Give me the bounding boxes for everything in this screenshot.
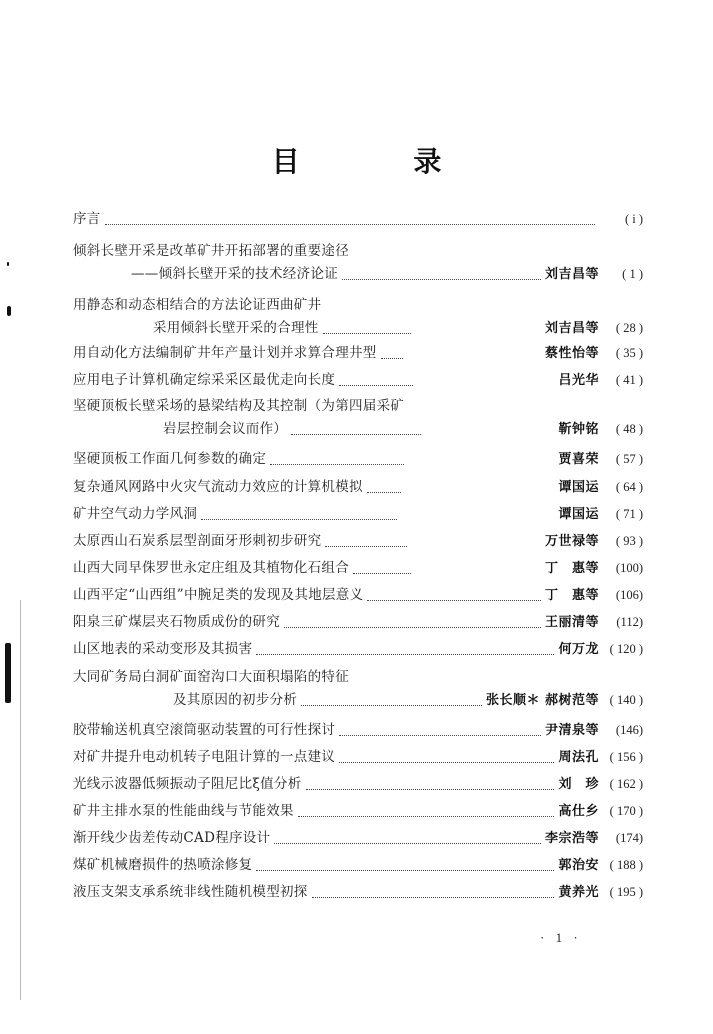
entry-title: 用自动化方法编制矿井年产量计划并求算合理井型 xyxy=(73,344,377,362)
entry-page: ( 188 ) xyxy=(599,856,643,874)
page-title: 目 录 xyxy=(0,140,713,180)
toc-entry[interactable]: 序言 ( i ) xyxy=(73,210,643,228)
dot-leader xyxy=(298,808,555,817)
entry-page: ( 195 ) xyxy=(599,883,643,901)
entry-title: 用静态和动态相结合的方法论证西曲矿井 xyxy=(73,296,321,314)
entry-author: 谭国运 xyxy=(558,506,599,524)
entry-author: 王丽清等 xyxy=(545,614,599,632)
toc-entry[interactable]: 应用电子计算机确定综采采区最优走向长度 吕光华 ( 41 ) xyxy=(73,371,643,389)
entry-title: 山西平定“山西组”中腕足类的发现及其地层意义 xyxy=(73,586,363,604)
toc-entry[interactable]: 山区地表的采动变形及其损害 何万龙 ( 120 ) xyxy=(73,640,643,658)
entry-author: 高仕乡 xyxy=(558,803,599,821)
dot-leader xyxy=(353,565,411,574)
dot-leader xyxy=(339,377,413,386)
entry-title: 渐开线少齿差传动CAD程序设计 xyxy=(73,829,270,847)
dot-leader xyxy=(284,619,541,628)
entry-author: 万世禄等 xyxy=(545,533,599,551)
toc-entry[interactable]: 山西大同早侏罗世永定庄组及其植物化石组合 丁 惠等 (100) xyxy=(73,559,643,577)
entry-author: 蔡性怡等 xyxy=(545,345,599,363)
entry-author: 刘吉昌等 xyxy=(545,320,599,338)
toc-entry[interactable]: 煤矿机械磨损件的热喷涂修复 郭治安 ( 188 ) xyxy=(73,856,643,874)
toc-entry[interactable]: 坚硬顶板工作面几何参数的确定 贾喜荣 ( 57 ) xyxy=(73,450,643,468)
page-number: · 1 · xyxy=(540,930,582,946)
entry-title: 矿井主排水泵的性能曲线与节能效果 xyxy=(73,802,294,820)
entry-subtitle: 岩层控制会议而作） xyxy=(73,420,287,438)
entry-author: 尹清泉等 xyxy=(545,722,599,740)
entry-page: ( 140 ) xyxy=(599,691,643,709)
entry-page: (106) xyxy=(599,586,643,604)
entry-title: 阳泉三矿煤层夹石物质成份的研究 xyxy=(73,613,280,631)
dot-leader xyxy=(323,325,411,334)
entry-page: ( 156 ) xyxy=(599,748,643,766)
toc-entry[interactable]: 胶带输送机真空滚筒驱动装置的可行性探讨 尹清泉等 (146) xyxy=(73,721,643,739)
entry-title: 应用电子计算机确定综采采区最优走向长度 xyxy=(73,371,335,389)
entry-author: 刘 珍 xyxy=(558,776,599,794)
entry-author: 吕光华 xyxy=(558,372,599,390)
dot-leader xyxy=(201,511,397,520)
toc-entry[interactable]: 渐开线少齿差传动CAD程序设计 李宗浩等 (174) xyxy=(73,829,643,847)
toc-entry[interactable]: 复杂通风网路中火灾气流动力效应的计算机模拟 谭国运 ( 64 ) xyxy=(73,478,643,496)
dot-leader xyxy=(367,484,401,493)
dot-leader xyxy=(291,426,421,435)
toc-entry[interactable]: 太原西山石炭系层型剖面牙形刺初步研究 万世禄等 ( 93 ) xyxy=(73,532,643,550)
scan-mark xyxy=(7,306,11,316)
entry-page: (146) xyxy=(599,721,643,739)
entry-title: 倾斜长壁开采是改革矿井开拓部署的重要途径 xyxy=(73,242,349,260)
entry-title: 坚硬顶板工作面几何参数的确定 xyxy=(73,450,266,468)
dot-leader xyxy=(367,592,541,601)
scan-margin-line xyxy=(20,600,21,1000)
dot-leader xyxy=(312,889,555,898)
entry-page: (112) xyxy=(599,613,643,631)
entry-subtitle: 及其原因的初步分析 xyxy=(73,691,297,709)
entry-title: 大同矿务局白洞矿面窑沟口大面积塌陷的特征 xyxy=(73,668,349,686)
dot-leader xyxy=(301,697,482,706)
entry-page: ( 64 ) xyxy=(599,478,643,496)
entry-title: 胶带输送机真空滚筒驱动装置的可行性探讨 xyxy=(73,721,335,739)
dot-leader xyxy=(381,350,403,359)
toc-entry[interactable]: 山西平定“山西组”中腕足类的发现及其地层意义 丁 惠等 (106) xyxy=(73,586,643,604)
entry-author: 谭国运 xyxy=(558,479,599,497)
toc-entry[interactable]: 对矿井提升电动机转子电阻计算的一点建议 周法孔 ( 156 ) xyxy=(73,748,643,766)
scan-mark xyxy=(5,643,11,703)
entry-author: 郭治安 xyxy=(558,857,599,875)
dot-leader xyxy=(105,216,595,225)
entry-page: ( 162 ) xyxy=(599,775,643,793)
entry-author: 靳钟铭 xyxy=(558,421,599,439)
toc-entry[interactable]: 矿井主排水泵的性能曲线与节能效果 高仕乡 ( 170 ) xyxy=(73,802,643,820)
entry-page: ( 170 ) xyxy=(599,802,643,820)
toc-entry[interactable]: 阳泉三矿煤层夹石物质成份的研究 王丽清等 (112) xyxy=(73,613,643,631)
entry-author: 黄养光 xyxy=(558,884,599,902)
entry-page: ( 57 ) xyxy=(599,450,643,468)
dot-leader xyxy=(339,727,541,736)
entry-page: ( 93 ) xyxy=(599,532,643,550)
entry-author: 张长顺＊ 郝树范等 xyxy=(486,692,599,710)
dot-leader xyxy=(339,754,554,763)
toc-entry[interactable]: 液压支架支承系统非线性随机模型初探 黄养光 ( 195 ) xyxy=(73,883,643,901)
entry-author: 李宗浩等 xyxy=(545,830,599,848)
entry-title: 太原西山石炭系层型剖面牙形刺初步研究 xyxy=(73,532,321,550)
entry-title: 液压支架支承系统非线性随机模型初探 xyxy=(73,883,308,901)
entry-author: 丁 惠等 xyxy=(545,560,599,578)
entry-page: ( 35 ) xyxy=(599,344,643,362)
dot-leader xyxy=(325,538,407,547)
dot-leader xyxy=(342,271,541,280)
entry-author: 丁 惠等 xyxy=(545,587,599,605)
entry-author: 何万龙 xyxy=(558,641,599,659)
entry-author: 刘吉昌等 xyxy=(545,266,599,284)
entry-title: 坚硬顶板长壁采场的悬梁结构及其控制（为第四届采矿 xyxy=(73,397,404,415)
dot-leader xyxy=(256,646,554,655)
toc-entry[interactable]: 用静态和动态相结合的方法论证西曲矿井 采用倾斜长壁开采的合理性 刘吉昌等 ( 2… xyxy=(73,296,643,337)
entry-title: 矿井空气动力学风洞 xyxy=(73,505,197,523)
entry-subtitle: ——倾斜长壁开采的技术经济论证 xyxy=(73,265,338,283)
toc-entry[interactable]: 坚硬顶板长壁采场的悬梁结构及其控制（为第四届采矿 岩层控制会议而作） 靳钟铭 (… xyxy=(73,397,643,438)
entry-title: 山西大同早侏罗世永定庄组及其植物化石组合 xyxy=(73,559,349,577)
toc-entry[interactable]: 矿井空气动力学风洞 谭国运 ( 71 ) xyxy=(73,505,643,523)
entry-subtitle: 采用倾斜长壁开采的合理性 xyxy=(73,319,319,337)
entry-title: 煤矿机械磨损件的热喷涂修复 xyxy=(73,856,252,874)
entry-page: ( 28 ) xyxy=(599,319,643,337)
entry-page: ( 48 ) xyxy=(599,420,643,438)
dot-leader xyxy=(270,456,404,465)
entry-title: 光线示波器低频振动子阻尼比ξ值分析 xyxy=(73,775,302,793)
entry-title: 对矿井提升电动机转子电阻计算的一点建议 xyxy=(73,748,335,766)
entry-page: ( i ) xyxy=(599,210,643,228)
toc-entry[interactable]: 用自动化方法编制矿井年产量计划并求算合理井型 蔡性怡等 ( 35 ) xyxy=(73,344,643,362)
entry-author: 贾喜荣 xyxy=(558,451,599,469)
dot-leader xyxy=(274,835,541,844)
entry-page: ( 1 ) xyxy=(599,265,643,283)
toc-entry[interactable]: 光线示波器低频振动子阻尼比ξ值分析 刘 珍 ( 162 ) xyxy=(73,775,643,793)
entry-page: ( 41 ) xyxy=(599,371,643,389)
entry-title: 山区地表的采动变形及其损害 xyxy=(73,640,252,658)
entry-title: 序言 xyxy=(73,210,101,228)
toc-entry[interactable]: 倾斜长壁开采是改革矿井开拓部署的重要途径 ——倾斜长壁开采的技术经济论证 刘吉昌… xyxy=(73,242,643,283)
scan-mark xyxy=(7,262,9,266)
dot-leader xyxy=(306,781,555,790)
toc-entry[interactable]: 大同矿务局白洞矿面窑沟口大面积塌陷的特征 及其原因的初步分析 张长顺＊ 郝树范等… xyxy=(73,668,643,709)
entry-page: (100) xyxy=(599,559,643,577)
dot-leader xyxy=(256,862,554,871)
entry-page: ( 120 ) xyxy=(599,640,643,658)
entry-page: ( 71 ) xyxy=(599,505,643,523)
entry-author: 周法孔 xyxy=(558,749,599,767)
entry-title: 复杂通风网路中火灾气流动力效应的计算机模拟 xyxy=(73,478,363,496)
entry-page: (174) xyxy=(599,829,643,847)
